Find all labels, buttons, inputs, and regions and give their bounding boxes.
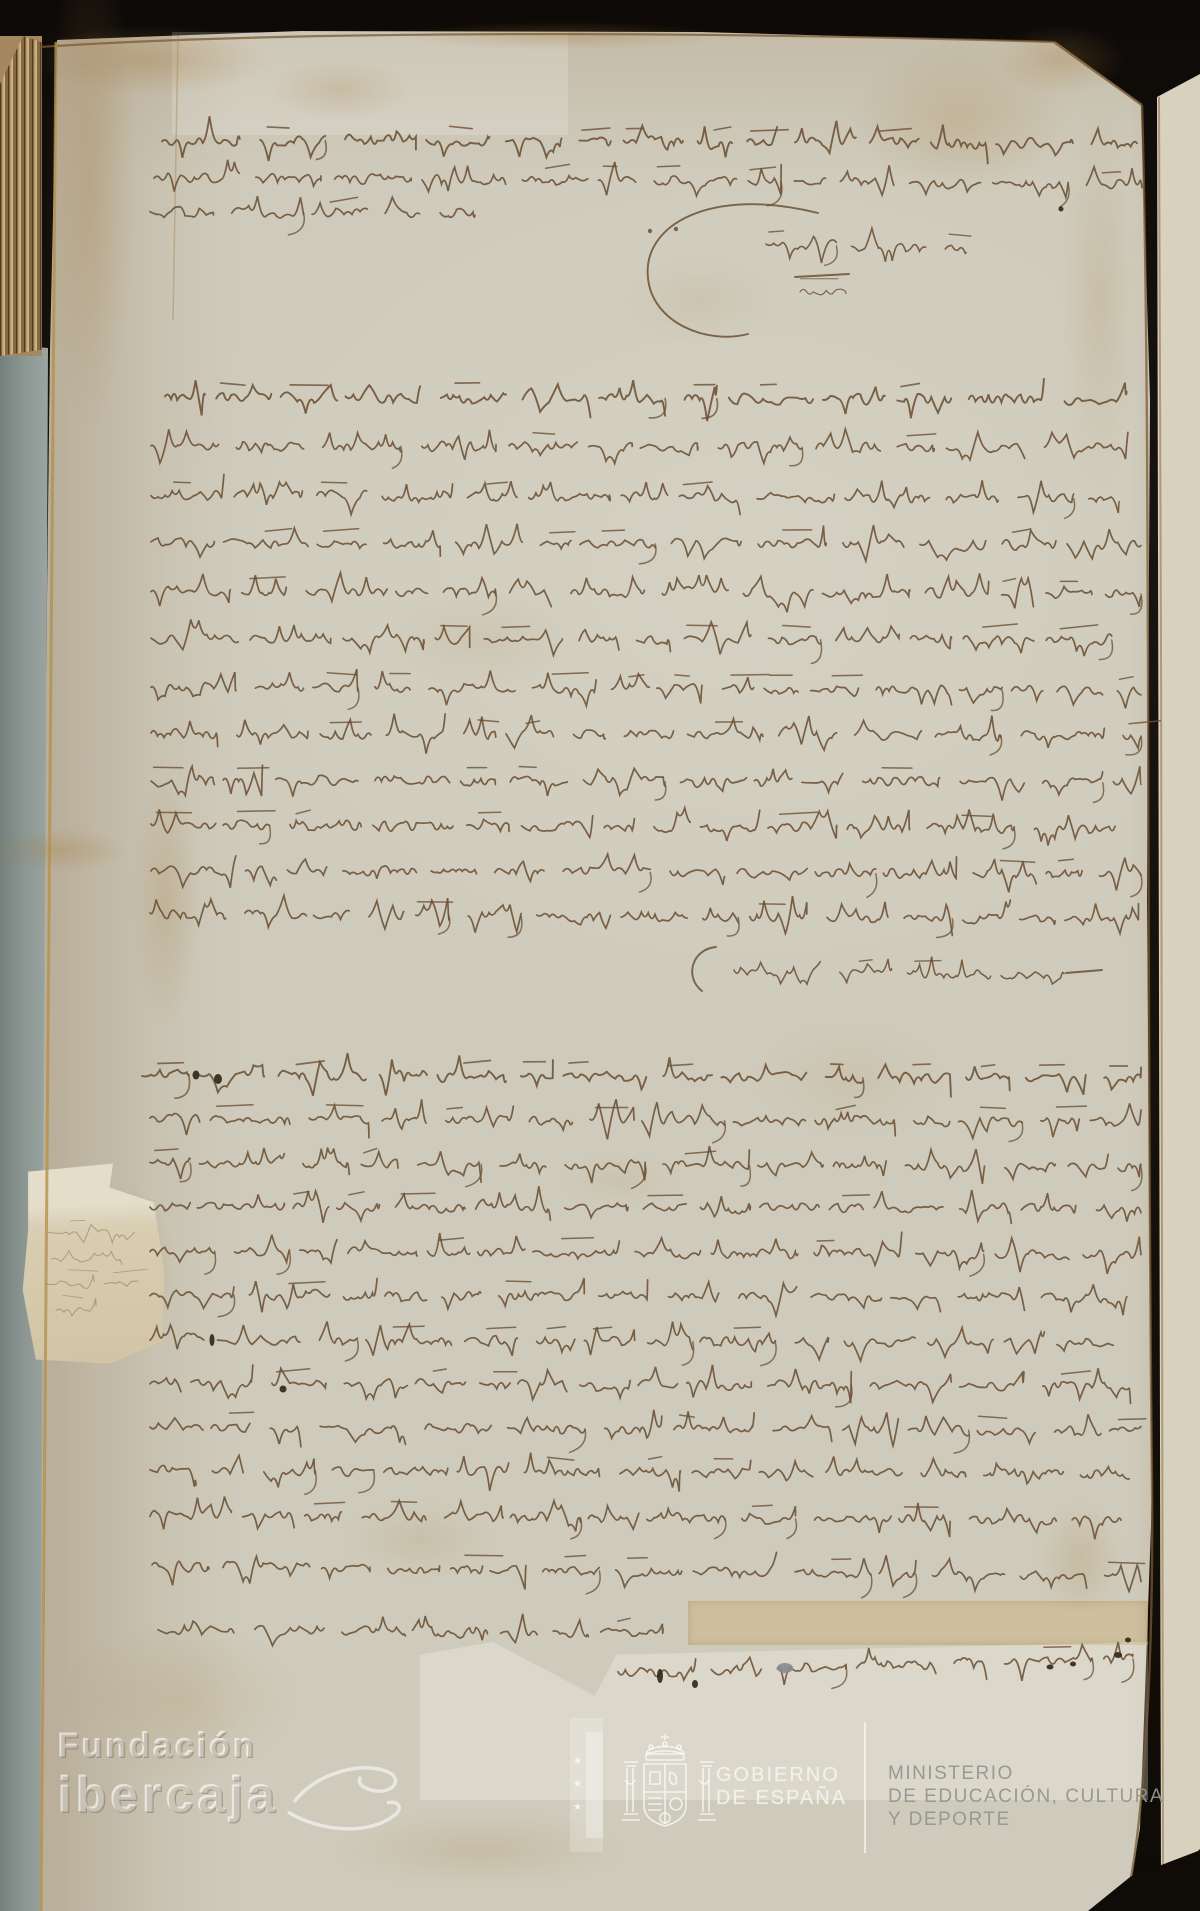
manuscript-photo: Fundación ibercaja ★ ★ ★ GOBIERNO DE	[0, 0, 1200, 1911]
page-stain	[390, 590, 570, 690]
page-edge-striations	[0, 36, 42, 356]
page-stain	[995, 25, 1125, 95]
page-stain	[60, 1620, 300, 1780]
book-fore-edge	[0, 36, 42, 356]
page-stain	[330, 1810, 630, 1890]
page-stain	[1035, 1500, 1125, 1620]
page-stain	[1060, 100, 1140, 500]
page-stain	[620, 255, 780, 345]
page-stain	[750, 1020, 950, 1140]
repair-patch-bottom	[420, 1642, 1148, 1800]
grey-table-backdrop	[0, 344, 48, 1911]
page-stain	[400, 22, 720, 50]
page-stain	[560, 1150, 680, 1210]
page-stain	[340, 1500, 500, 1580]
page-stain	[270, 60, 410, 120]
page-stain	[130, 770, 200, 1030]
